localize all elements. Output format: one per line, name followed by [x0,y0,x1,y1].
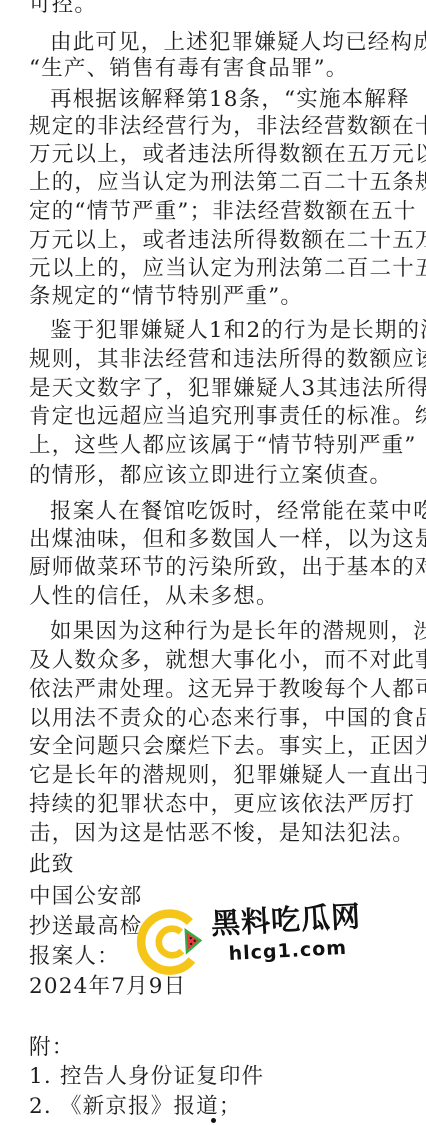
text-line: 鉴于犯罪嫌疑人1和2的行为是长期的潜 [50,318,426,344]
text-line: 可控。 [29,0,97,18]
text-line: 安全问题只会糜烂下去。事实上，正因为 [29,734,426,760]
text-line: 规定的非法经营行为，非法经营数额在十 [29,114,426,140]
text-line: 报案人在餐馆吃饭时，经常能在菜中吃 [50,499,426,525]
text-line: 肯定也远超应当追究刑事责任的标准。综 [29,404,426,430]
text-line: 出煤油味，但和多数国人一样，以为这是 [29,527,426,553]
watermark-title: 黑料吃瓜网 [210,894,362,943]
text-line: 持续的犯罪状态中，更应该依法严厉打 [29,792,415,818]
text-line: 它是长年的潜规则，犯罪嫌疑人一直出于 [29,763,426,789]
text-line: 上的，应当认定为刑法第二百二十五条规 [29,170,426,196]
text-line: 此致 [29,852,74,878]
text-line: 规则，其非法经营和违法所得的数额应该 [29,347,426,373]
text-line: 上，这些人都应该属于“情节特别严重” [29,433,417,459]
text-line: 定的“情节严重”；非法经营数额在五十 [29,199,417,225]
stray-dot [211,1118,216,1123]
text-line: 元以上的，应当认定为刑法第二百二十五 [29,256,426,282]
watermelon-logo-icon [130,902,210,982]
text-line: 以用法不责众的心态来行事，中国的食品 [29,706,426,732]
text-line: 再根据该解释第18条，“实施本解释 [50,87,410,113]
text-line: 抄送最高检 [29,914,143,940]
text-line: 依法严肃处理。这无异于教唆每个人都可 [29,677,426,703]
text-line: 人性的信任，从未多想。 [29,584,279,610]
watermark-url: hlcg1.com [228,937,347,965]
text-line: 如果因为这种行为是长年的潜规则，涉 [50,619,426,645]
text-line: 2. 《新京报》报道； [29,1094,242,1120]
text-line: 条规定的“情节特别严重”。 [29,284,303,310]
text-line: 1. 控告人身份证复印件 [29,1064,264,1090]
text-line: 及人数众多，就想大事化小，而不对此事 [29,648,426,674]
text-line: 是天文数字了，犯罪嫌疑人3其违法所得 [29,376,426,402]
text-line: 由此可见，上述犯罪嫌疑人均已经构成 [50,30,426,56]
text-line: 万元以上，或者违法所得数额在二十五万 [29,228,426,254]
watermark: 黑料吃瓜网 hlcg1.com [126,884,371,996]
text-line: 厨师做菜环节的污染所致，出于基本的对 [29,555,426,581]
text-line: 的情形，都应该立即进行立案侦查。 [29,463,392,489]
text-line: 万元以上，或者违法所得数额在五万元以 [29,142,426,168]
text-line: “生产、销售有毒有害食品罪”。 [29,56,348,82]
text-line: 报案人： [29,944,120,970]
text-line: 击，因为这是怙恶不悛，是知法犯法。 [29,821,415,847]
text-line: 附： [29,1035,74,1061]
